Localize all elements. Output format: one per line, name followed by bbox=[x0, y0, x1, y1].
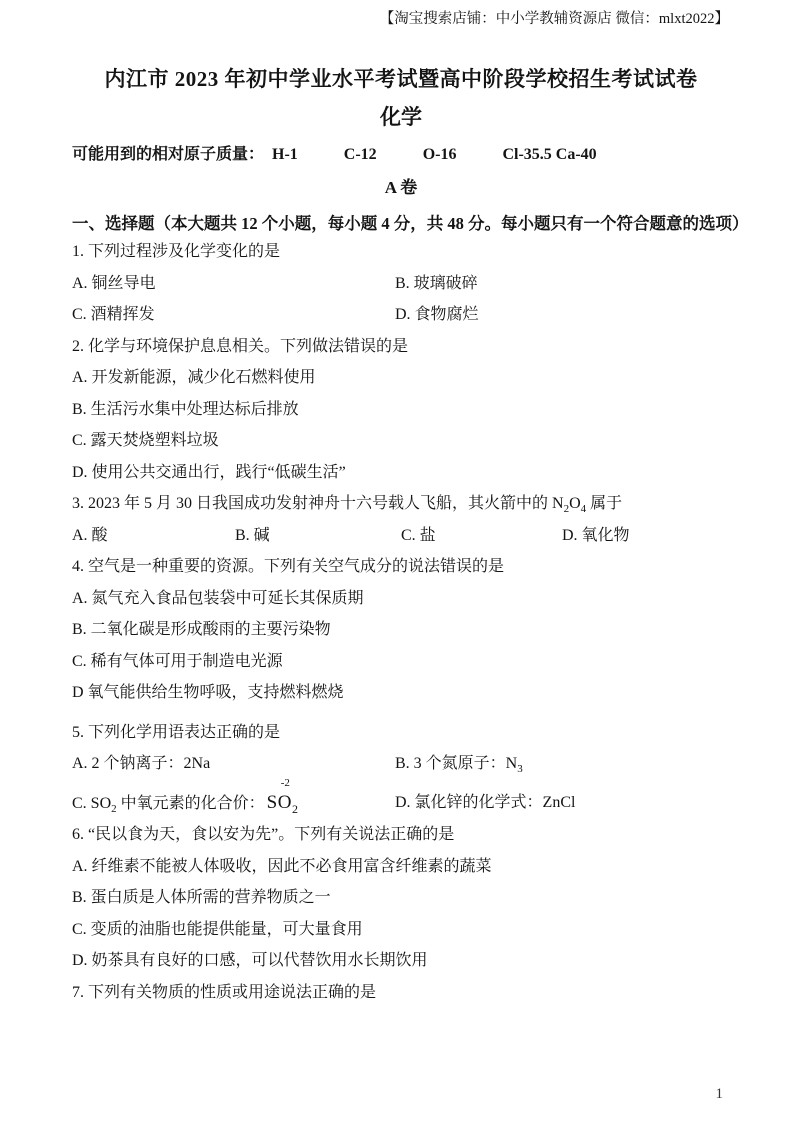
answer-option: D. 氯化锌的化学式：ZnCl bbox=[395, 787, 575, 820]
text-segment: A. 酸 bbox=[72, 527, 108, 544]
option-row: C. 露天焚烧塑料垃圾 bbox=[72, 425, 730, 457]
subscript: 2 bbox=[292, 801, 299, 815]
text-segment: 7. 下列有关物质的性质或用途说法正确的是 bbox=[72, 984, 376, 1001]
text-segment: A. 2 个钠离子：2Na bbox=[72, 755, 210, 772]
answer-option: B. 蛋白质是人体所需的营养物质之一 bbox=[72, 889, 331, 906]
subject-title: 化学 bbox=[72, 104, 730, 130]
option-row: A. 铜丝导电B. 玻璃破碎 bbox=[72, 268, 730, 300]
question-6: 6. “民以食为天，食以安为先”。下列有关说法正确的是A. 纤维素不能被人体吸收… bbox=[72, 819, 730, 977]
exam-paper-page: 【淘宝搜索店铺：中小学教辅资源店 微信：mlxt2022】 内江市 2023 年… bbox=[0, 0, 793, 1122]
text-segment: 中氧元素的化合价： bbox=[117, 795, 265, 812]
text-segment: D. 使用公共交通出行，践行“低碳生活” bbox=[72, 464, 346, 481]
answer-option: A. 氮气充入食品包装袋中可延长其保质期 bbox=[72, 590, 364, 607]
text-segment: C. 酒精挥发 bbox=[72, 306, 155, 323]
answer-option: D. 奶茶具有良好的口感，可以代替饮用水长期饮用 bbox=[72, 952, 428, 969]
text-segment: A. 氮气充入食品包装袋中可延长其保质期 bbox=[72, 590, 364, 607]
answer-option: B. 生活污水集中处理达标后排放 bbox=[72, 401, 299, 418]
text-segment: B. 生活污水集中处理达标后排放 bbox=[72, 401, 299, 418]
text-segment: D 氧气能供给生物呼吸，支持燃料燃烧 bbox=[72, 684, 344, 701]
answer-option: C. 酒精挥发 bbox=[72, 299, 395, 331]
atomic-mass-value: C-12 bbox=[344, 146, 377, 163]
answer-option: D 氧气能供给生物呼吸，支持燃料燃烧 bbox=[72, 684, 344, 701]
answer-option: B. 3 个氮原子：N3 bbox=[395, 748, 523, 780]
answer-option: D. 使用公共交通出行，践行“低碳生活” bbox=[72, 464, 346, 481]
text-segment: D. 食物腐烂 bbox=[395, 306, 479, 323]
option-row: A. 氮气充入食品包装袋中可延长其保质期 bbox=[72, 583, 730, 615]
subscript: 3 bbox=[517, 763, 523, 775]
option-row: C. 稀有气体可用于制造电光源 bbox=[72, 646, 730, 678]
option-row: C. 酒精挥发D. 食物腐烂 bbox=[72, 299, 730, 331]
text-segment: 3. 2023 年 5 月 30 日我国成功发射神舟十六号载人飞船，其火箭中的 … bbox=[72, 495, 564, 512]
page-number: 1 bbox=[716, 1086, 724, 1103]
question-stem: 4. 空气是一种重要的资源。下列有关空气成分的说法错误的是 bbox=[72, 551, 730, 583]
text-segment: D. 奶茶具有良好的口感，可以代替饮用水长期饮用 bbox=[72, 952, 428, 969]
text-segment: A. 开发新能源，减少化石燃料使用 bbox=[72, 369, 316, 386]
answer-option: B. 二氧化碳是形成酸雨的主要污染物 bbox=[72, 621, 331, 638]
oxidation-base: O-2 bbox=[278, 787, 292, 819]
option-row: A. 纤维素不能被人体吸收，因此不必食用富含纤维素的蔬菜 bbox=[72, 851, 730, 883]
text-segment: B. 蛋白质是人体所需的营养物质之一 bbox=[72, 889, 331, 906]
question-stem: 3. 2023 年 5 月 30 日我国成功发射神舟十六号载人飞船，其火箭中的 … bbox=[72, 488, 730, 520]
question-stem: 1. 下列过程涉及化学变化的是 bbox=[72, 236, 730, 268]
text-segment: B. 玻璃破碎 bbox=[395, 275, 478, 292]
page-title: 内江市 2023 年初中学业水平考试暨高中阶段学校招生考试试卷 bbox=[72, 64, 730, 94]
option-row: D 氧气能供给生物呼吸，支持燃料燃烧 bbox=[72, 677, 730, 709]
question-stem: 7. 下列有关物质的性质或用途说法正确的是 bbox=[72, 977, 730, 1009]
text-segment: B. 二氧化碳是形成酸雨的主要污染物 bbox=[72, 621, 331, 638]
answer-option: C. 变质的油脂也能提供能量，可大量食用 bbox=[72, 921, 363, 938]
question-stem: 6. “民以食为天，食以安为先”。下列有关说法正确的是 bbox=[72, 819, 730, 851]
option-row: D. 使用公共交通出行，践行“低碳生活” bbox=[72, 457, 730, 489]
answer-option: A. 铜丝导电 bbox=[72, 268, 395, 300]
answer-option: D. 食物腐烂 bbox=[395, 299, 479, 331]
text-segment: C. 变质的油脂也能提供能量，可大量食用 bbox=[72, 921, 363, 938]
answer-option: C. 稀有气体可用于制造电光源 bbox=[72, 653, 283, 670]
atomic-mass-values: H-1C-12O-16Cl-35.5 Ca-40 bbox=[264, 146, 597, 163]
option-row: A. 酸B. 碱C. 盐D. 氧化物 bbox=[72, 520, 730, 552]
section-heading: 一、选择题（本大题共 12 个小题，每小题 4 分，共 48 分。每小题只有一个… bbox=[72, 211, 730, 236]
answer-option: C. 盐 bbox=[401, 520, 562, 552]
text-segment: A. 纤维素不能被人体吸收，因此不必食用富含纤维素的蔬菜 bbox=[72, 858, 492, 875]
option-row: C. SO2 中氧元素的化合价：SO-22D. 氯化锌的化学式：ZnCl bbox=[72, 780, 730, 820]
answer-option: B. 碱 bbox=[235, 520, 401, 552]
text-segment: C. 稀有气体可用于制造电光源 bbox=[72, 653, 283, 670]
page-content: 内江市 2023 年初中学业水平考试暨高中阶段学校招生考试试卷 化学 可能用到的… bbox=[72, 0, 730, 1008]
text-segment: 6. “民以食为天，食以安为先”。下列有关说法正确的是 bbox=[72, 826, 454, 843]
question-stem: 2. 化学与环境保护息息相关。下列做法错误的是 bbox=[72, 331, 730, 363]
atomic-mass-value: O-16 bbox=[423, 146, 457, 163]
text-segment: B. 碱 bbox=[235, 527, 270, 544]
text-segment: D. 氧化物 bbox=[562, 527, 630, 544]
answer-option: A. 2 个钠离子：2Na bbox=[72, 748, 395, 780]
text-segment: 1. 下列过程涉及化学变化的是 bbox=[72, 243, 280, 260]
atomic-mass-value: H-1 bbox=[272, 146, 298, 163]
atomic-mass-line: 可能用到的相对原子质量：H-1C-12O-16Cl-35.5 Ca-40 bbox=[72, 143, 730, 167]
question-7: 7. 下列有关物质的性质或用途说法正确的是 bbox=[72, 977, 730, 1009]
text-segment: C. SO bbox=[72, 795, 111, 812]
paper-a-label: A 卷 bbox=[72, 176, 730, 200]
text-segment: 5. 下列化学用语表达正确的是 bbox=[72, 724, 280, 741]
answer-option: C. SO2 中氧元素的化合价：SO-22 bbox=[72, 787, 395, 820]
element-symbol: S bbox=[267, 792, 278, 813]
option-row: A. 开发新能源，减少化石燃料使用 bbox=[72, 362, 730, 394]
text-segment: 2. 化学与环境保护息息相关。下列做法错误的是 bbox=[72, 338, 408, 355]
answer-option: B. 玻璃破碎 bbox=[395, 268, 478, 300]
chemical-formula: SO-22 bbox=[267, 792, 299, 813]
option-row: B. 生活污水集中处理达标后排放 bbox=[72, 394, 730, 426]
answer-option: D. 氧化物 bbox=[562, 520, 730, 552]
element-symbol: O bbox=[278, 792, 292, 813]
option-row: D. 奶茶具有良好的口感，可以代替饮用水长期饮用 bbox=[72, 945, 730, 977]
question-3: 3. 2023 年 5 月 30 日我国成功发射神舟十六号载人飞船，其火箭中的 … bbox=[72, 488, 730, 551]
text-segment: O bbox=[569, 495, 581, 512]
question-stem: 5. 下列化学用语表达正确的是 bbox=[72, 717, 730, 749]
question-2: 2. 化学与环境保护息息相关。下列做法错误的是A. 开发新能源，减少化石燃料使用… bbox=[72, 331, 730, 489]
text-segment: 4. 空气是一种重要的资源。下列有关空气成分的说法错误的是 bbox=[72, 558, 504, 575]
atomic-mass-value: Cl-35.5 Ca-40 bbox=[502, 146, 596, 163]
answer-option: C. 露天焚烧塑料垃圾 bbox=[72, 432, 219, 449]
option-row: A. 2 个钠离子：2NaB. 3 个氮原子：N3 bbox=[72, 748, 730, 780]
answer-option: A. 纤维素不能被人体吸收，因此不必食用富含纤维素的蔬菜 bbox=[72, 858, 492, 875]
text-segment: A. 铜丝导电 bbox=[72, 275, 156, 292]
option-row: B. 蛋白质是人体所需的营养物质之一 bbox=[72, 882, 730, 914]
option-row: C. 变质的油脂也能提供能量，可大量食用 bbox=[72, 914, 730, 946]
oxidation-mark: -2 bbox=[281, 778, 290, 789]
text-segment: D. 氯化锌的化学式：ZnCl bbox=[395, 794, 575, 811]
answer-option: A. 酸 bbox=[72, 520, 235, 552]
question-5: 5. 下列化学用语表达正确的是A. 2 个钠离子：2NaB. 3 个氮原子：N3… bbox=[72, 717, 730, 820]
answer-option: A. 开发新能源，减少化石燃料使用 bbox=[72, 369, 316, 386]
text-segment: 属于 bbox=[586, 495, 622, 512]
questions: 1. 下列过程涉及化学变化的是A. 铜丝导电B. 玻璃破碎C. 酒精挥发D. 食… bbox=[72, 236, 730, 1008]
text-segment: B. 3 个氮原子：N bbox=[395, 755, 517, 772]
text-segment: C. 盐 bbox=[401, 527, 436, 544]
atomic-mass-label: 可能用到的相对原子质量： bbox=[72, 146, 264, 163]
question-4: 4. 空气是一种重要的资源。下列有关空气成分的说法错误的是A. 氮气充入食品包装… bbox=[72, 551, 730, 709]
text-segment: C. 露天焚烧塑料垃圾 bbox=[72, 432, 219, 449]
option-row: B. 二氧化碳是形成酸雨的主要污染物 bbox=[72, 614, 730, 646]
question-1: 1. 下列过程涉及化学变化的是A. 铜丝导电B. 玻璃破碎C. 酒精挥发D. 食… bbox=[72, 236, 730, 331]
